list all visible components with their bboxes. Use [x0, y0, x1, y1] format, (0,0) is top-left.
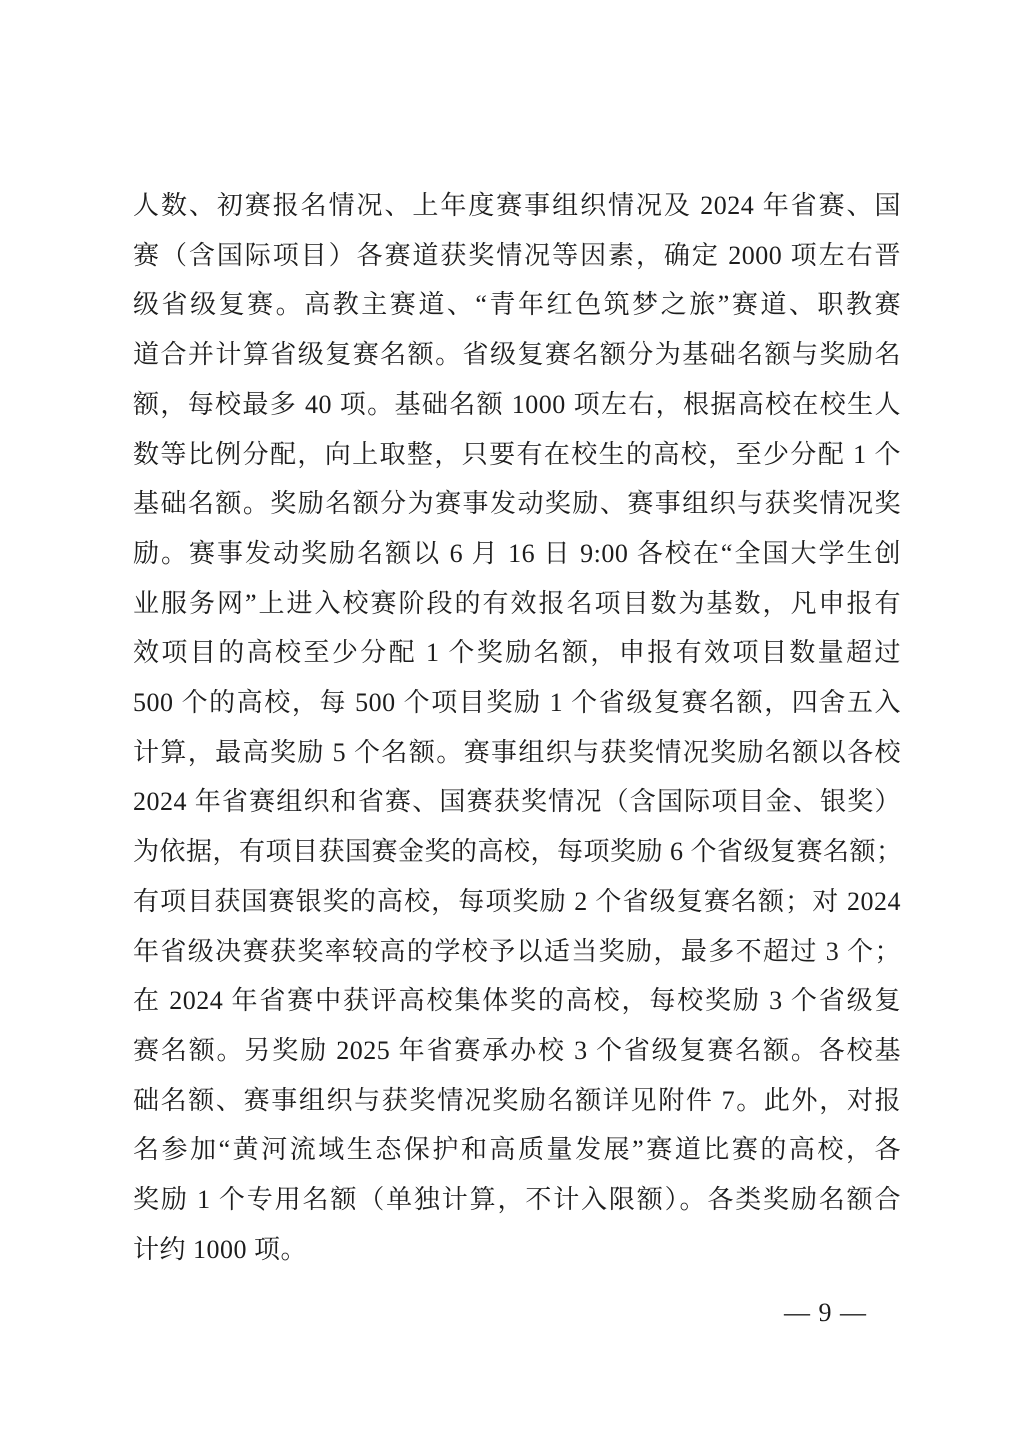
text-line: 在 2024 年省赛中获评高校集体奖的高校，每校奖励 3 个省级复: [133, 976, 901, 1026]
text-line: 业服务网”上进入校赛阶段的有效报名项目数为基数，凡申报有: [133, 579, 901, 629]
text-line: 年省级决赛获奖率较高的学校予以适当奖励，最多不超过 3 个；: [133, 927, 901, 977]
text-line: 励。赛事发动奖励名额以 6 月 16 日 9:00 各校在“全国大学生创: [133, 529, 901, 579]
text-line: 人数、初赛报名情况、上年度赛事组织情况及 2024 年省赛、国: [133, 181, 901, 231]
text-line: 为依据，有项目获国赛金奖的高校，每项奖励 6 个省级复赛名额；: [133, 827, 901, 877]
text-line: 数等比例分配，向上取整，只要有在校生的高校，至少分配 1 个: [133, 430, 901, 480]
text-line: 2024 年省赛组织和省赛、国赛获奖情况（含国际项目金、银奖）: [133, 777, 901, 827]
text-line: 础名额、赛事组织与获奖情况奖励名额详见附件 7。此外，对报: [133, 1076, 901, 1126]
page-number: — 9 —: [784, 1297, 867, 1328]
text-line: 额，每校最多 40 项。基础名额 1000 项左右，根据高校在校生人: [133, 380, 901, 430]
text-line: 名参加“黄河流域生态保护和高质量发展”赛道比赛的高校，各: [133, 1125, 901, 1175]
text-line: 基础名额。奖励名额分为赛事发动奖励、赛事组织与获奖情况奖: [133, 479, 901, 529]
text-line: 效项目的高校至少分配 1 个奖励名额，申报有效项目数量超过: [133, 628, 901, 678]
text-line: 计算，最高奖励 5 个名额。赛事组织与获奖情况奖励名额以各校: [133, 728, 901, 778]
text-line: 级省级复赛。高教主赛道、“青年红色筑梦之旅”赛道、职教赛: [133, 280, 901, 330]
text-line: 赛名额。另奖励 2025 年省赛承办校 3 个省级复赛名额。各校基: [133, 1026, 901, 1076]
text-line: 计约 1000 项。: [133, 1225, 901, 1275]
body-text-block: 人数、初赛报名情况、上年度赛事组织情况及 2024 年省赛、国赛（含国际项目）各…: [133, 181, 901, 1274]
text-line: 道合并计算省级复赛名额。省级复赛名额分为基础名额与奖励名: [133, 330, 901, 380]
document-page: 人数、初赛报名情况、上年度赛事组织情况及 2024 年省赛、国赛（含国际项目）各…: [0, 0, 1024, 1448]
text-line: 有项目获国赛银奖的高校，每项奖励 2 个省级复赛名额；对 2024: [133, 877, 901, 927]
text-line: 赛（含国际项目）各赛道获奖情况等因素，确定 2000 项左右晋: [133, 231, 901, 281]
text-line: 500 个的高校，每 500 个项目奖励 1 个省级复赛名额，四舍五入: [133, 678, 901, 728]
text-line: 奖励 1 个专用名额（单独计算，不计入限额）。各类奖励名额合: [133, 1175, 901, 1225]
